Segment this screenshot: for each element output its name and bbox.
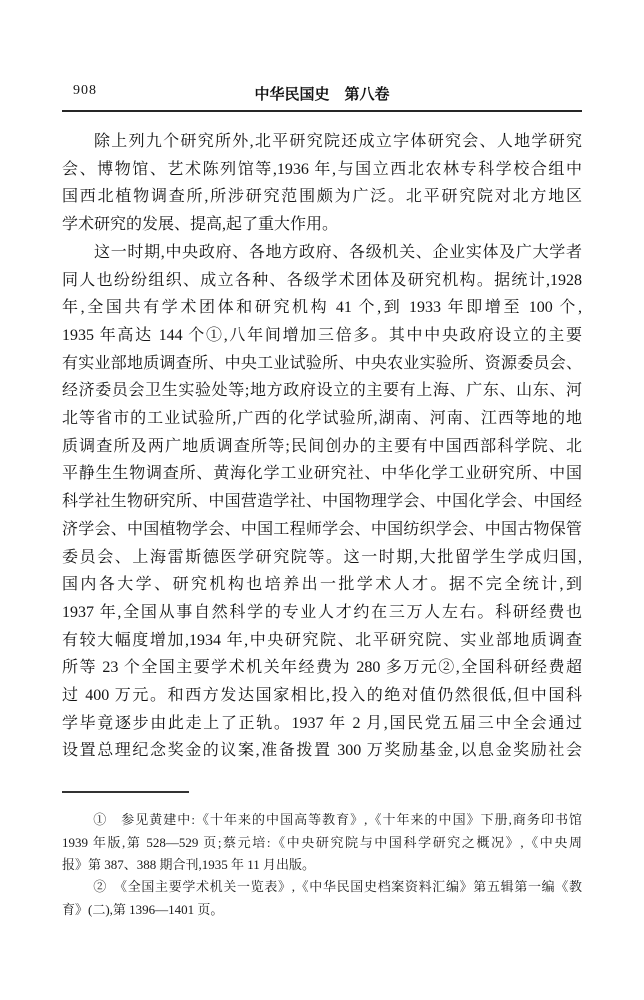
body-line: 学毕竟逐步由此走上了正轨。1937 年 2 月,国民党五届三中全会通过 — [62, 710, 582, 738]
body-line: 平静生生物调查所、黄海化学工业研究社、中华化学工业研究所、中国 — [62, 460, 582, 488]
body-line: 国西北植物调查所,所涉研究范围颇为广泛。北平研究院对北方地区 — [62, 183, 582, 211]
body-line: 这一时期,中央政府、各地方政府、各级机关、企业实体及广大学者 — [62, 239, 582, 267]
text-block: 这一时期,中央政府、各地方政府、各级机关、企业实体及广大学者同人也纷纷组织、成立… — [62, 239, 582, 765]
footnote-line: 1939 年版,第 528—529 页;蔡元培:《中央研究院与中国科学研究之概况… — [62, 832, 582, 854]
footnote-line: 报》第 387、388 期合刊,1935 年 11 月出版。 — [62, 854, 582, 876]
body-line: 北等省市的工业试验所,广西的化学试验所,湖南、河南、江西等地的地 — [62, 405, 582, 433]
body-line: 有实业部地质调查所、中央工业试验所、中央农业实验所、资源委员会、 — [62, 350, 582, 378]
footnote-line: ① 参见黄建中:《十年来的中国高等教育》,《十年来的中国》下册,商务印书馆 — [62, 809, 582, 831]
body-line: 所等 23 个全国主要学术机关年经费为 280 多万元②,全国科研经费超 — [62, 654, 582, 682]
footnote-line: ② 《全国主要学术机关一览表》,《中华民国史档案资料汇编》第五辑第一编《教 — [62, 876, 582, 898]
footnote-line: 育》(二),第 1396—1401 页。 — [62, 899, 582, 921]
book-page: 908 中华民国史 第八卷 除上列九个研究所外,北平研究院还成立字体研究会、人地… — [0, 0, 644, 1000]
body-line: 学术研究的发展、提高,起了重大作用。 — [62, 211, 582, 239]
body-text: 除上列九个研究所外,北平研究院还成立字体研究会、人地学研究会、博物馆、艺术陈列馆… — [62, 128, 582, 765]
body-line: 济学会、中国植物学会、中国工程师学会、中国纺织学会、中国古物保管 — [62, 516, 582, 544]
body-line: 年,全国共有学术团体和研究机构 41 个,到 1933 年即增至 100 个, — [62, 294, 582, 322]
body-line: 除上列九个研究所外,北平研究院还成立字体研究会、人地学研究 — [62, 128, 582, 156]
text-block: 除上列九个研究所外,北平研究院还成立字体研究会、人地学研究会、博物馆、艺术陈列馆… — [62, 128, 582, 239]
body-line: 过 400 万元。和西方发达国家相比,投入的绝对值仍然很低,但中国科 — [62, 682, 582, 710]
body-line: 国内各大学、研究机构也培养出一批学术人才。据不完全统计,到 — [62, 571, 582, 599]
body-line: 有较大幅度增加,1934 年,中央研究院、北平研究院、实业部地质调查 — [62, 627, 582, 655]
body-line: 经济委员会卫生实验处等;地方政府设立的主要有上海、广东、山东、河 — [62, 377, 582, 405]
page-number: 908 — [73, 83, 97, 99]
footnote-separator — [62, 791, 189, 793]
footnotes: ① 参见黄建中:《十年来的中国高等教育》,《十年来的中国》下册,商务印书馆193… — [62, 809, 582, 921]
body-line: 同人也纷纷组织、成立各种、各级学术团体及研究机构。据统计,1928 — [62, 267, 582, 295]
body-line: 委员会、上海雷斯德医学研究院等。这一时期,大批留学生学成归国, — [62, 544, 582, 572]
body-line: 质调查所及两广地质调查所等;民间创办的主要有中国西部科学院、北 — [62, 433, 582, 461]
body-line: 科学社生物研究所、中国营造学社、中国物理学会、中国化学会、中国经 — [62, 488, 582, 516]
body-line: 1935 年高达 144 个①,八年间增加三倍多。其中中央政府设立的主要 — [62, 322, 582, 350]
body-line: 1937 年,全国从事自然科学的专业人才约在三万人左右。科研经费也 — [62, 599, 582, 627]
text-block: ② 《全国主要学术机关一览表》,《中华民国史档案资料汇编》第五辑第一编《教育》(… — [62, 876, 582, 921]
body-line: 设置总理纪念奖金的议案,准备拨置 300 万奖励基金,以息金奖励社会 — [62, 737, 582, 765]
header-rule — [62, 110, 582, 112]
running-title: 中华民国史 第八卷 — [62, 83, 582, 104]
body-line: 会、博物馆、艺术陈列馆等,1936 年,与国立西北农林专科学校合组中 — [62, 156, 582, 184]
text-block: ① 参见黄建中:《十年来的中国高等教育》,《十年来的中国》下册,商务印书馆193… — [62, 809, 582, 876]
page-header: 908 中华民国史 第八卷 — [62, 83, 582, 102]
